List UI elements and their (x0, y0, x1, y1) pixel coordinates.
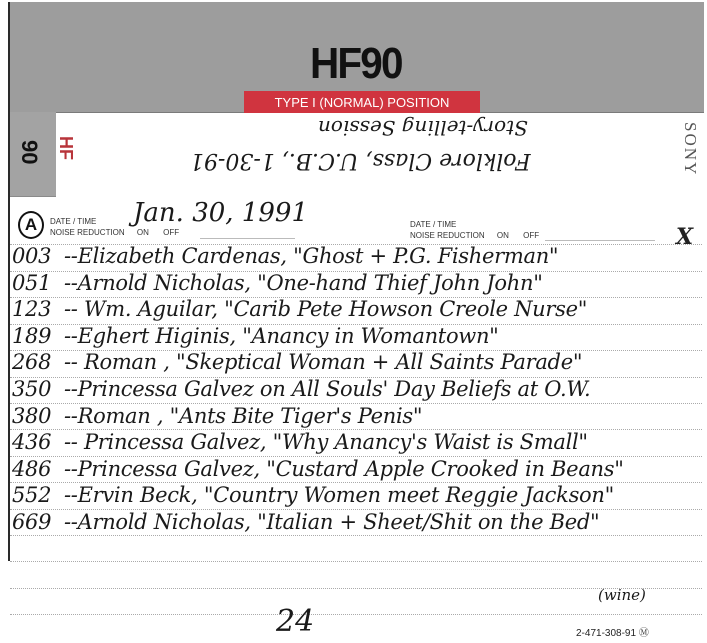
list-item: 189--Eghert Higinis, "Anancy in Womantow… (12, 324, 499, 348)
entry-text: --Elizabeth Cardenas, "Ghost + P.G. Fish… (64, 244, 558, 268)
nr-off-label: OFF (163, 228, 179, 237)
nr-on-label: ON (497, 231, 509, 240)
list-item: 268-- Roman , "Skeptical Woman + All Sai… (12, 350, 582, 374)
tape-counter: 268 (12, 350, 64, 374)
side-b-blank-line (545, 240, 655, 241)
entry-text: --Arnold Nicholas, "Italian + Sheet/Shit… (64, 510, 599, 534)
tape-counter: 669 (12, 510, 64, 534)
tape-counter: 003 (12, 244, 64, 268)
list-item: 380--Roman , "Ants Bite Tiger's Penis" (12, 404, 422, 428)
side-a-blank-line (200, 238, 295, 239)
brand-hf-label: HF (55, 136, 76, 160)
tape-counter: 380 (12, 404, 64, 428)
annotation: (wine) (598, 586, 646, 604)
page-number: 24 (276, 604, 314, 639)
cross-out-icon: X (676, 224, 693, 250)
side-a-date: Jan. 30, 1991 (133, 198, 308, 228)
date-time-label: DATE / TIME (410, 219, 539, 230)
entry-text: --Roman , "Ants Bite Tiger's Penis" (64, 404, 422, 428)
side-b-fields: DATE / TIME NOISE REDUCTION ON OFF (410, 219, 539, 241)
nr-off-label: OFF (523, 231, 539, 240)
entry-text: -- Wm. Aguilar, "Carib Pete Howson Creol… (64, 297, 587, 321)
list-item: 051--Arnold Nicholas, "One-hand Thief Jo… (12, 271, 543, 295)
list-item: 486--Princessa Galvez, "Custard Apple Cr… (12, 457, 624, 481)
entry-text: -- Roman , "Skeptical Woman + All Saints… (64, 350, 582, 374)
noise-reduction-label: NOISE REDUCTION (50, 228, 125, 237)
card-left-edge (8, 196, 10, 561)
catalog-number: 2-471-308-91 Ⓜ (576, 624, 649, 639)
list-item: 123-- Wm. Aguilar, "Carib Pete Howson Cr… (12, 297, 587, 321)
tape-counter: 189 (12, 324, 64, 348)
list-item: 003--Elizabeth Cardenas, "Ghost + P.G. F… (12, 244, 558, 268)
spine-note-session: Story-telling Session (318, 116, 528, 140)
ruled-line (10, 614, 702, 615)
tape-counter: 436 (12, 430, 64, 454)
ruled-line (10, 535, 702, 536)
model-label: HF90 (310, 42, 402, 86)
entry-text: --Princessa Galvez on All Souls' Day Bel… (64, 377, 590, 401)
entry-text: --Eghert Higinis, "Anancy in Womantown" (64, 324, 499, 348)
entry-text: --Princessa Galvez, "Custard Apple Crook… (64, 457, 624, 481)
tape-counter: 486 (12, 457, 64, 481)
tape-type-band: TYPE I (NORMAL) POSITION (244, 91, 480, 113)
entry-text: --Ervin Beck, "Country Women meet Reggie… (64, 483, 614, 507)
list-item: 669--Arnold Nicholas, "Italian + Sheet/S… (12, 510, 599, 534)
entry-text: -- Princessa Galvez, "Why Anancy's Waist… (64, 430, 588, 454)
cassette-spine: HF90 TYPE I (NORMAL) POSITION (8, 2, 704, 113)
spine-note-class: Folklore Class, U.C.B., 1-30-91 (190, 148, 531, 173)
length-label: 90 (16, 140, 42, 164)
tape-counter: 051 (12, 271, 64, 295)
side-a-marker: A (18, 211, 44, 239)
ruled-line (10, 561, 702, 562)
sony-logo: SONY (680, 122, 700, 176)
list-item: 350--Princessa Galvez on All Souls' Day … (12, 377, 590, 401)
tape-counter: 552 (12, 483, 64, 507)
tape-counter: 123 (12, 297, 64, 321)
tape-counter: 350 (12, 377, 64, 401)
list-item: 552--Ervin Beck, "Country Women meet Reg… (12, 483, 614, 507)
entry-text: --Arnold Nicholas, "One-hand Thief John … (64, 271, 543, 295)
noise-reduction-label: NOISE REDUCTION (410, 231, 485, 240)
list-item: 436-- Princessa Galvez, "Why Anancy's Wa… (12, 430, 588, 454)
nr-on-label: ON (137, 228, 149, 237)
